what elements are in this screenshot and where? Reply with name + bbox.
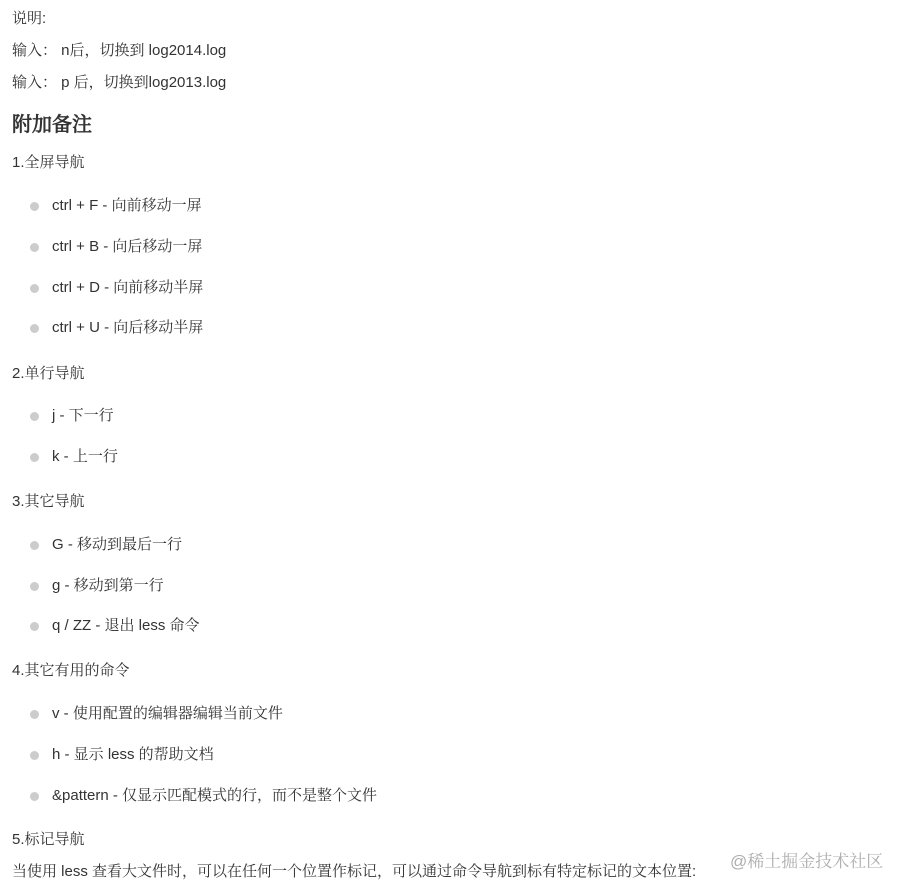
bullet-icon: [30, 202, 39, 211]
section-title: 5.标记导航: [12, 830, 85, 850]
bullet-icon: [30, 622, 39, 631]
bullet-icon: [30, 710, 39, 719]
bullet-icon: [30, 792, 39, 801]
bullet-icon: [30, 243, 39, 252]
intro-line: 输入： n后，切换到 log2014.log: [12, 41, 226, 61]
bullet-icon: [30, 324, 39, 333]
section-title: 3.其它导航: [12, 492, 85, 512]
section-title: 4.其它有用的命令: [12, 661, 130, 681]
section-paragraph: 当使用 less 查看大文件时，可以在任何一个位置作标记，可以通过命令导航到标有…: [12, 862, 696, 882]
section-title: 2.单行导航: [12, 364, 85, 384]
intro-line: 输入： p 后，切换到log2013.log: [12, 73, 226, 93]
bullet-icon: [30, 541, 39, 550]
bullet-icon: [30, 284, 39, 293]
bullet-icon: [30, 453, 39, 462]
section-heading: 附加备注: [12, 112, 92, 138]
bullet-icon: [30, 412, 39, 421]
section-title: 1.全屏导航: [12, 153, 85, 173]
intro-label: 说明:: [12, 9, 46, 29]
bullet-icon: [30, 751, 39, 760]
bullet-icon: [30, 582, 39, 591]
watermark: @稀土掘金技术社区: [730, 847, 883, 872]
